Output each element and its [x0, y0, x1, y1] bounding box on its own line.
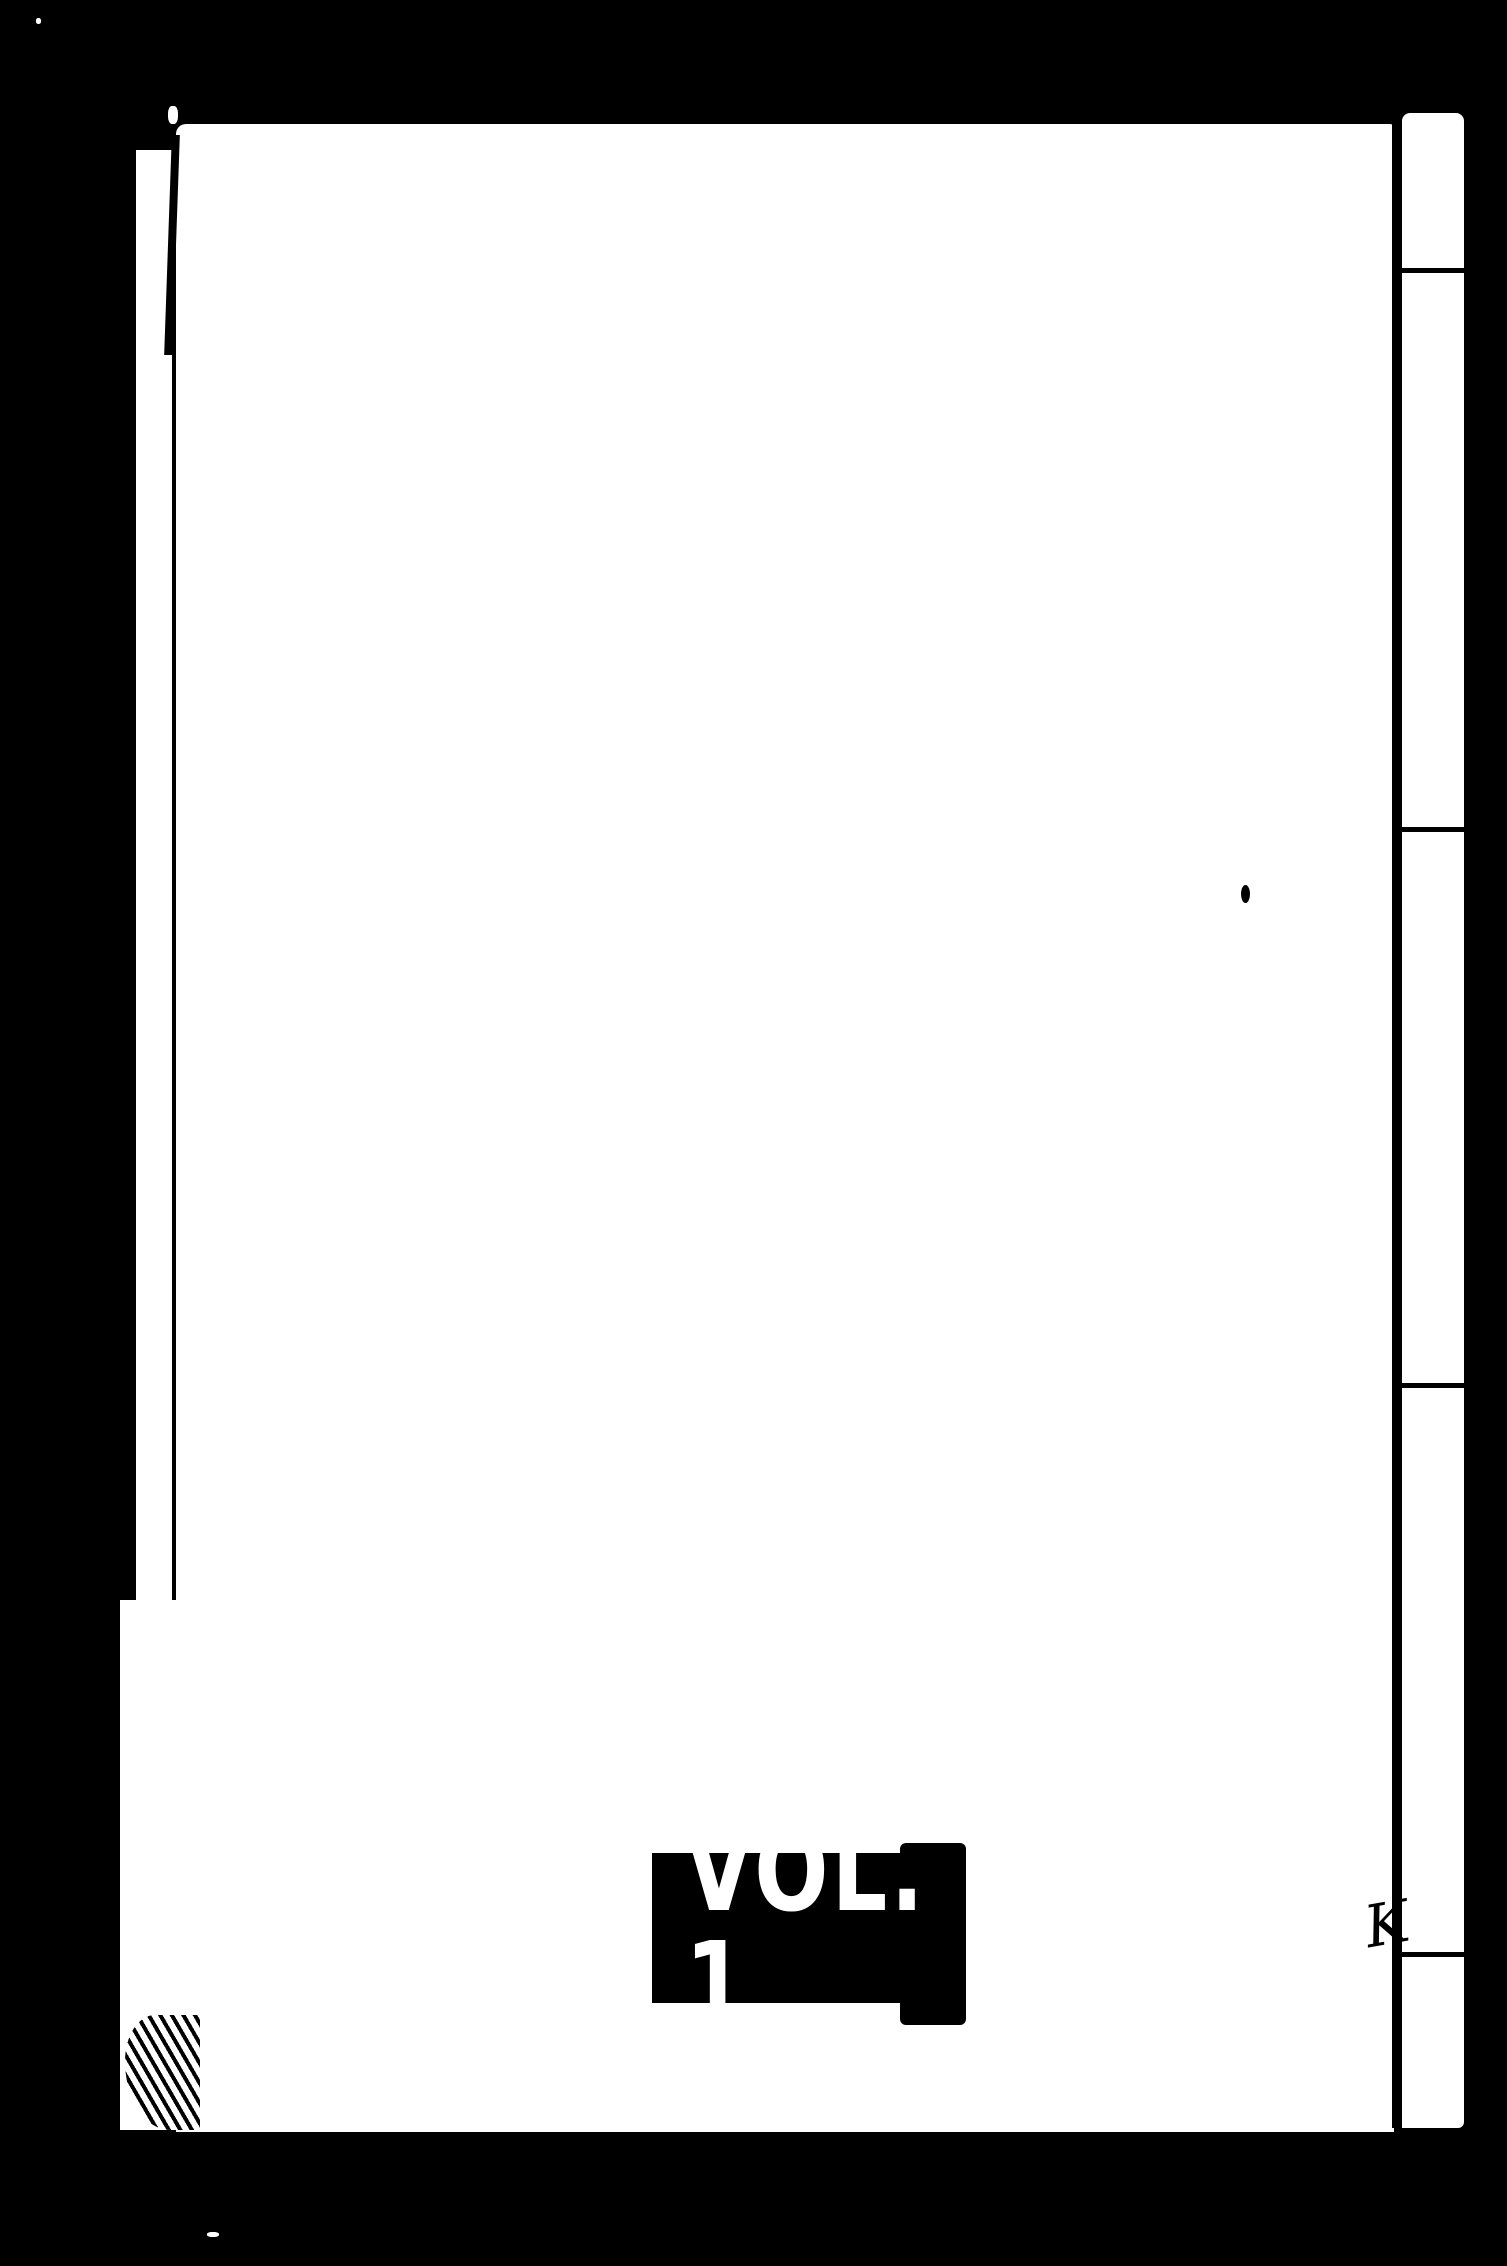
volume-label: VOL. 1 — [652, 1853, 960, 2003]
binding-spine — [1402, 113, 1464, 2128]
binding-stitch-3 — [1400, 1383, 1466, 1388]
volume-label-text: VOL. 1 — [685, 1816, 927, 2040]
binding-stitch-2 — [1400, 827, 1466, 832]
binding-line — [1392, 113, 1400, 2128]
scan-speck — [36, 18, 41, 24]
scan-speck — [168, 106, 178, 124]
ink-spot — [1241, 885, 1250, 903]
binding-stitch-1 — [1400, 268, 1466, 273]
scan-speck — [207, 2232, 219, 2237]
